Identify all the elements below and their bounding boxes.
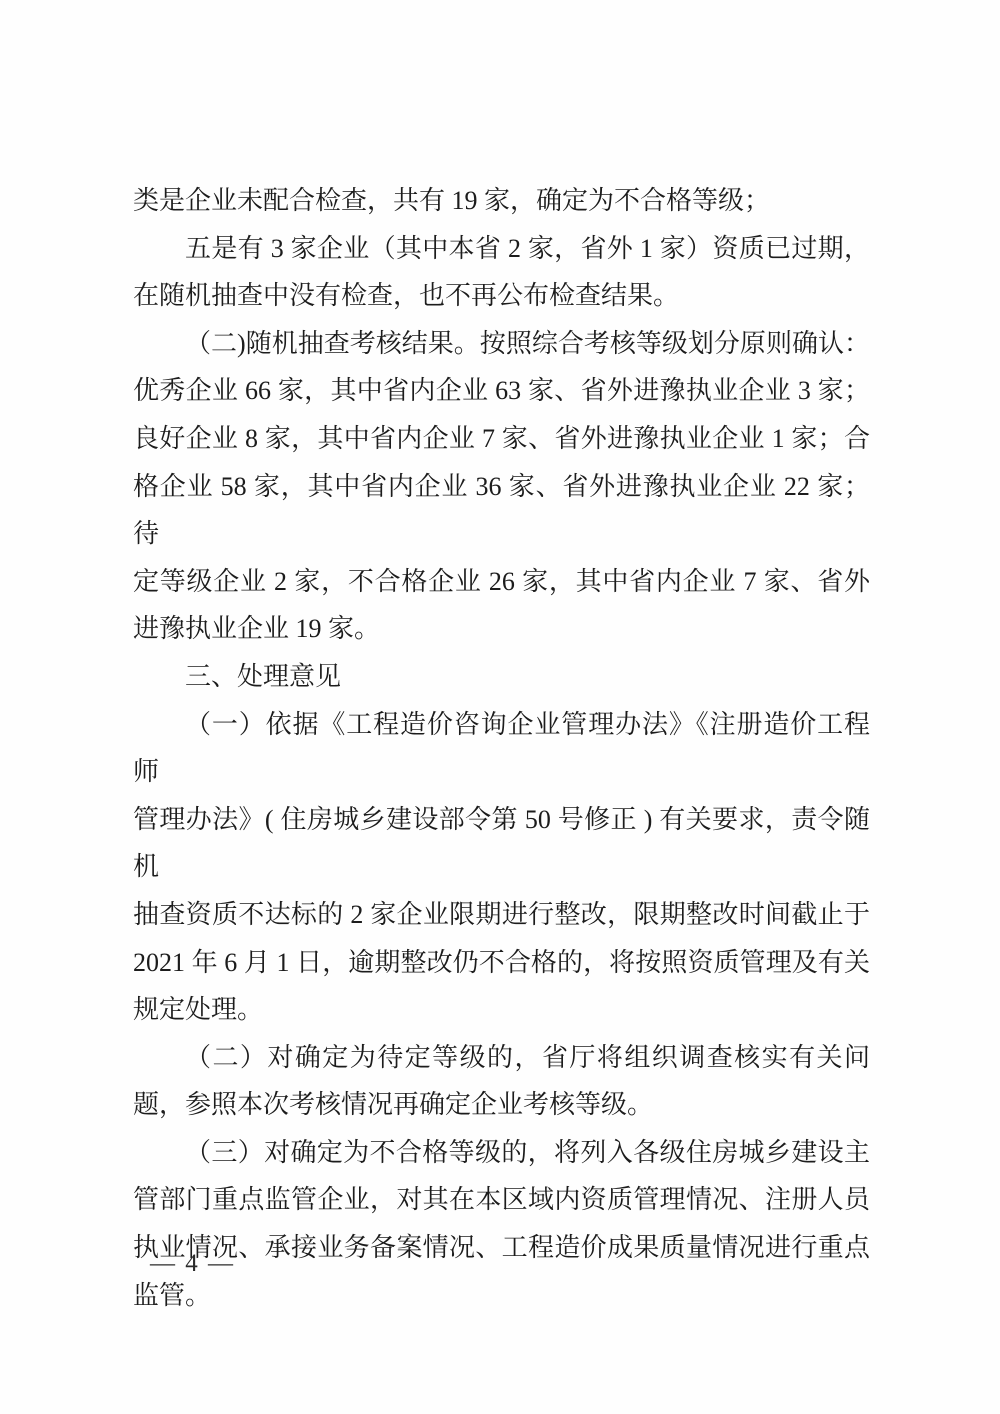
text-line: 执业情况、承接业务备案情况、工程造价成果质量情况进行重点	[133, 1224, 870, 1272]
text-line: 定等级企业 2 家，不合格企业 26 家，其中省内企业 7 家、省外	[133, 558, 870, 606]
text-line: （二）对确定为待定等级的，省厅将组织调查核实有关问	[133, 1034, 870, 1082]
document-body: 类是企业未配合检查，共有 19 家，确定为不合格等级； 五是有 3 家企业（其中…	[133, 177, 870, 1319]
text-line: 类是企业未配合检查，共有 19 家，确定为不合格等级；	[133, 177, 870, 225]
text-line: 题，参照本次考核情况再确定企业考核等级。	[133, 1081, 870, 1129]
text-line: 抽查资质不达标的 2 家企业限期进行整改，限期整改时间截止于	[133, 891, 870, 939]
text-line: 在随机抽查中没有检查，也不再公布检查结果。	[133, 272, 870, 320]
document-page: 类是企业未配合检查，共有 19 家，确定为不合格等级； 五是有 3 家企业（其中…	[0, 0, 1000, 1414]
text-line: 进豫执业企业 19 家。	[133, 605, 870, 653]
text-line: 五是有 3 家企业（其中本省 2 家，省外 1 家）资质已过期，	[133, 225, 870, 273]
text-line: 规定处理。	[133, 986, 870, 1034]
text-line: 2021 年 6 月 1 日，逾期整改仍不合格的，将按照资质管理及有关	[133, 939, 870, 987]
text-line: （一）依据《工程造价咨询企业管理办法》《注册造价工程师	[133, 701, 870, 796]
section-heading: 三、处理意见	[133, 653, 870, 701]
text-line: 优秀企业 66 家，其中省内企业 63 家、省外进豫执业企业 3 家；	[133, 367, 870, 415]
text-line: （二)随机抽查考核结果。按照综合考核等级划分原则确认：	[133, 320, 870, 368]
text-line: 监管。	[133, 1272, 870, 1320]
text-line: 管部门重点监管企业，对其在本区域内资质管理情况、注册人员	[133, 1176, 870, 1224]
page-footer: — 4 —	[150, 1250, 235, 1278]
text-line: 良好企业 8 家，其中省内企业 7 家、省外进豫执业企业 1 家；合	[133, 415, 870, 463]
text-line: （三）对确定为不合格等级的，将列入各级住房城乡建设主	[133, 1129, 870, 1177]
text-line: 格企业 58 家，其中省内企业 36 家、省外进豫执业企业 22 家；待	[133, 463, 870, 558]
page-number: — 4 —	[150, 1250, 235, 1277]
text-line: 管理办法》( 住房城乡建设部令第 50 号修正 ) 有关要求，责令随机	[133, 796, 870, 891]
